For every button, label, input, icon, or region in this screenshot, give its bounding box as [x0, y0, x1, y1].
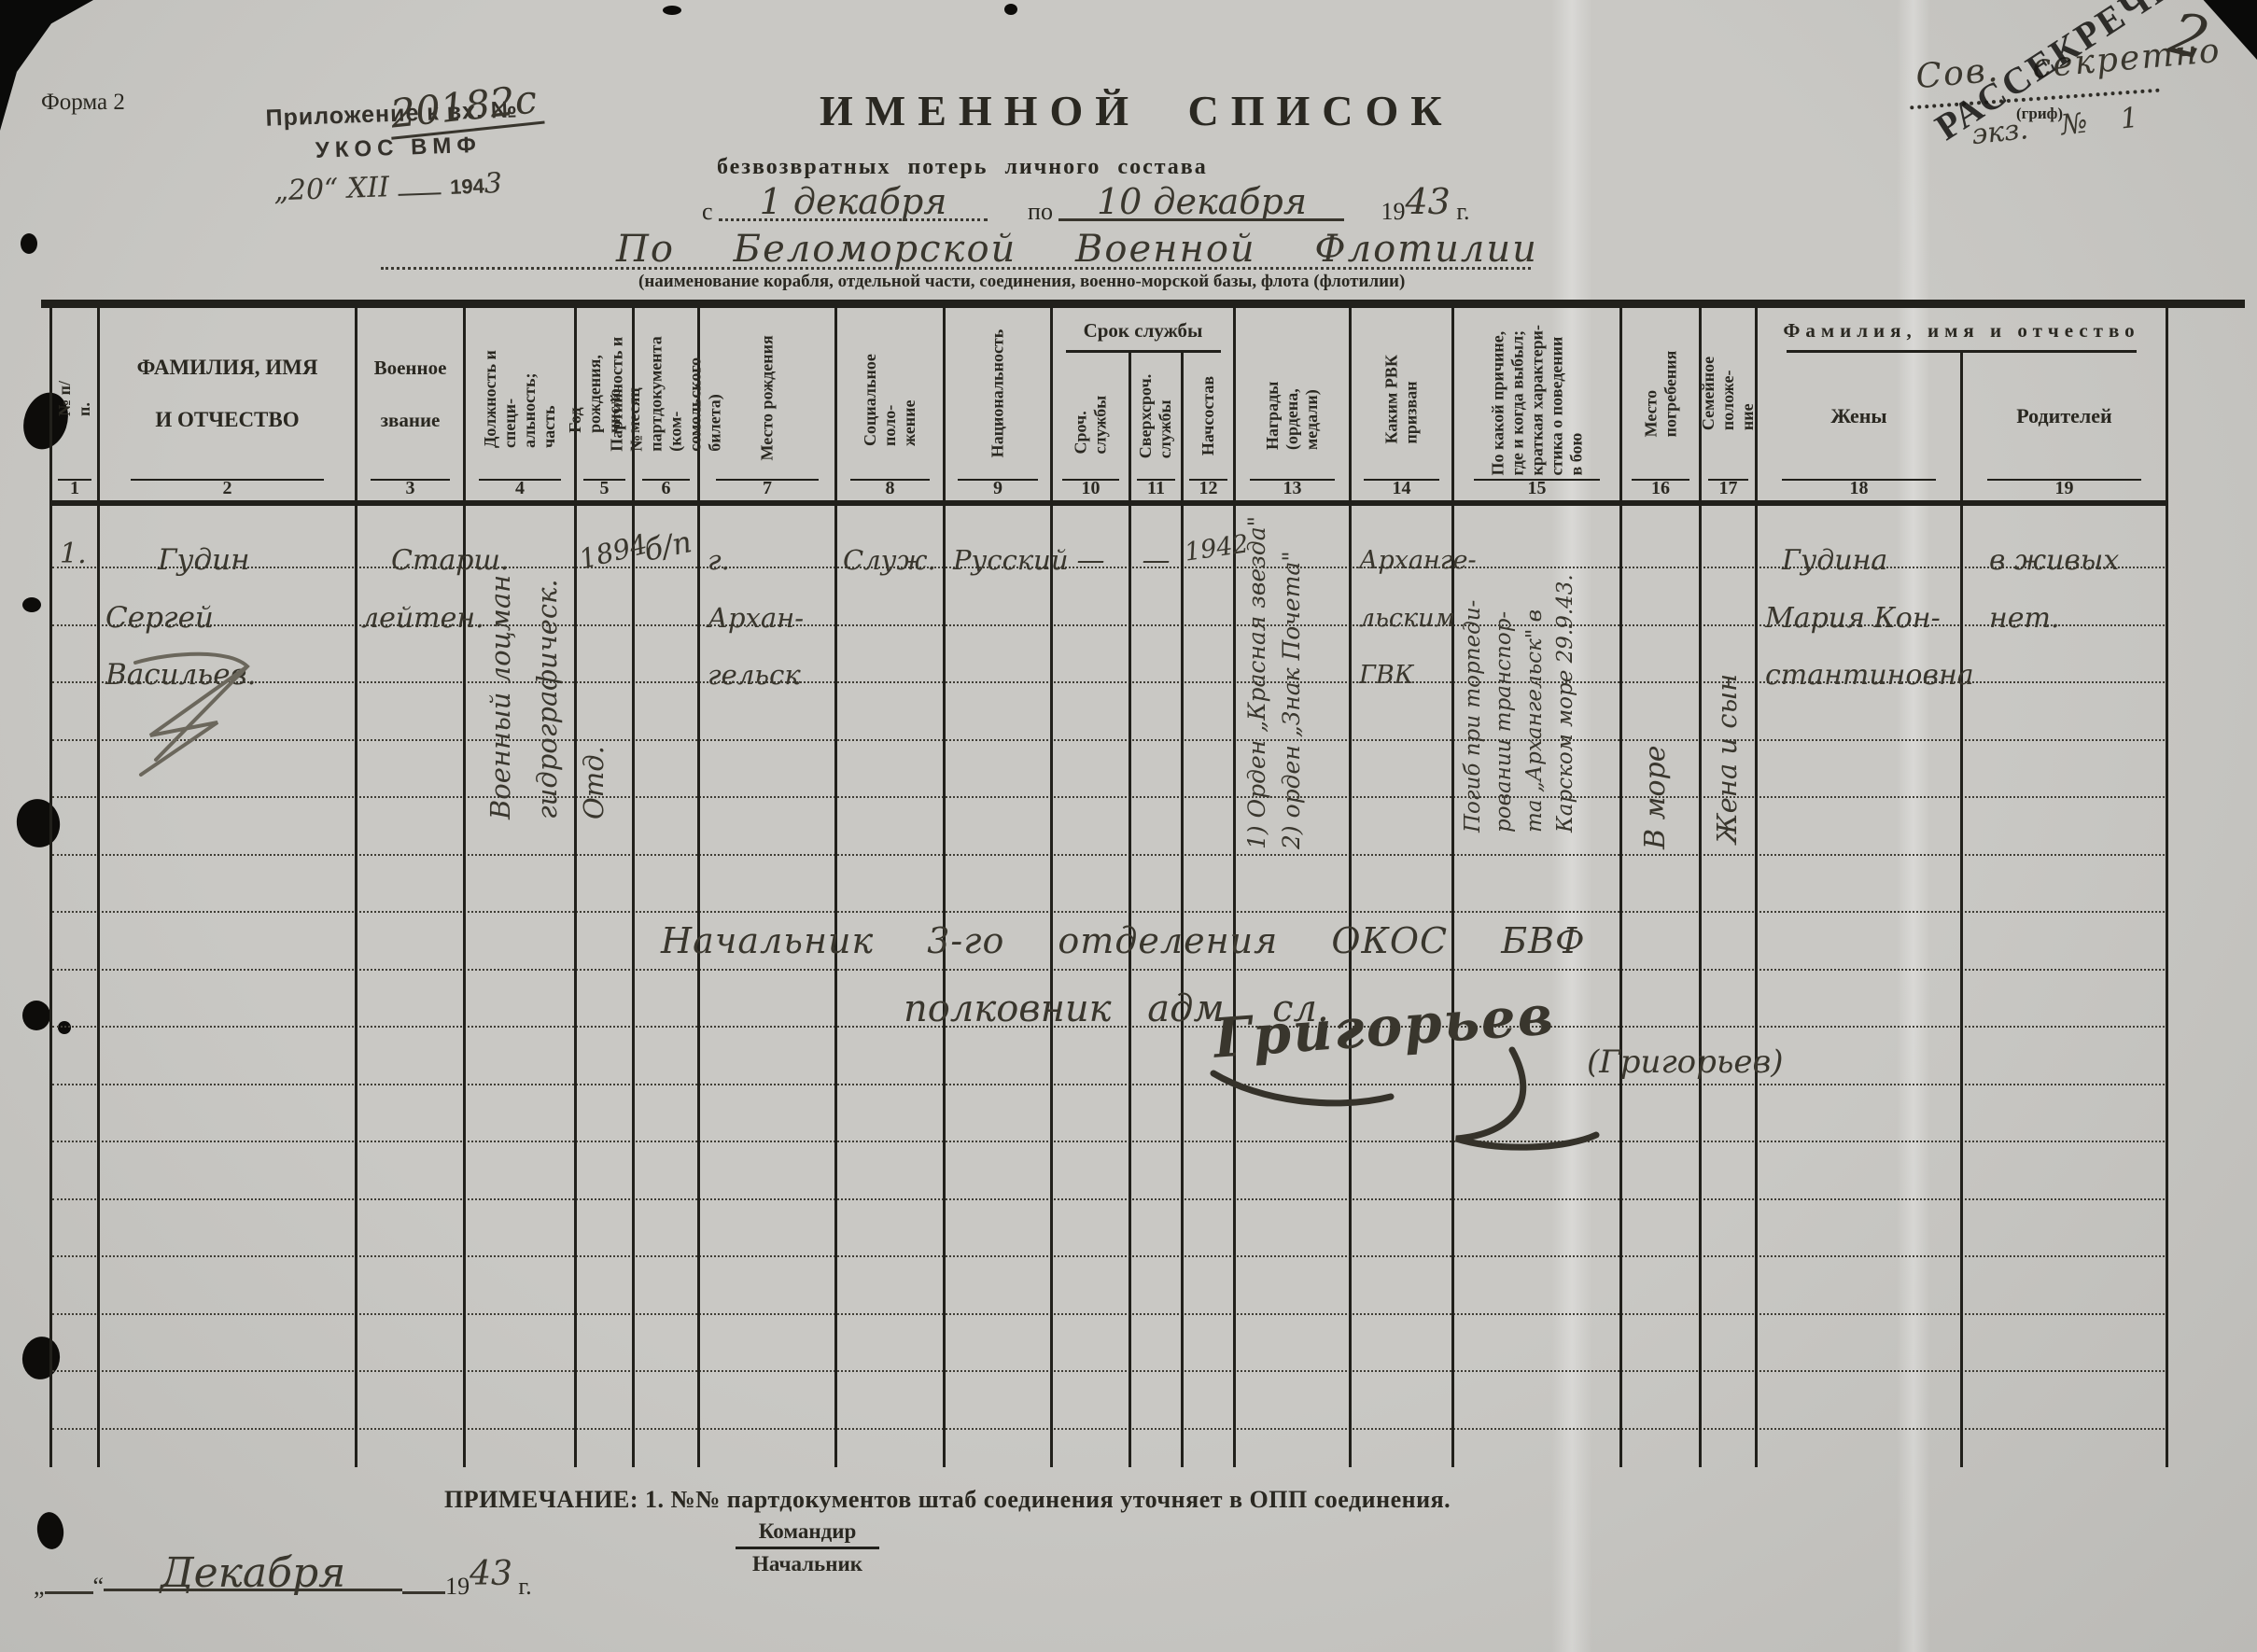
period-year-hand: 43	[1405, 181, 1450, 222]
document-subtitle: безвозвратных потерь личного состава	[717, 155, 1208, 180]
cell-nachsostav: 1942	[1184, 506, 1236, 1467]
label-divider	[736, 1547, 879, 1549]
col-number: 16	[1622, 479, 1702, 506]
col-number: 6	[635, 479, 700, 506]
col-header-nationality: Национальность	[946, 308, 1053, 479]
col-header-wife: Жены	[1758, 353, 1963, 479]
table-top-rule	[41, 300, 49, 308]
col-number: 15	[1454, 479, 1622, 506]
col-header-parents: Родителей	[1963, 353, 2168, 479]
cell-rvk: Арханге- льским ГВК	[1352, 506, 1454, 1467]
date-year-suffix: г.	[518, 1573, 531, 1600]
period-year-suffix: г.	[1456, 198, 1469, 225]
col-header-num: № п/п.	[52, 308, 100, 479]
chief-label: Начальник	[728, 1552, 887, 1576]
col-number: 17	[1702, 479, 1758, 506]
stamp-day: „20“	[273, 173, 339, 207]
col-header-awards: Награды (ордена, медали)	[1236, 308, 1352, 479]
signature-flourish	[1204, 1045, 1605, 1176]
col-number: 19	[1963, 479, 2168, 506]
group-header-service-term: Срок службы	[1053, 308, 1236, 353]
cell-birth-year: 1894	[577, 506, 635, 1467]
punch-hole-blob	[22, 1001, 50, 1030]
stamp-number-handwritten: 20182с	[386, 76, 545, 140]
punch-hole-blob	[35, 1510, 65, 1551]
casualty-table: № п/п. ФАМИЛИЯ, ИМЯ И ОТЧЕСТВО Военное з…	[49, 300, 2168, 1467]
col-header-position: Должность и специ- альность; часть	[466, 308, 577, 479]
cell-sverhsroch: —	[1131, 506, 1184, 1467]
unit-caption: (наименование корабля, отдельной части, …	[638, 272, 1405, 292]
cell-wife: Гудина Мария Кон- стантиновна	[1758, 506, 1963, 1467]
date-open-quote: „	[34, 1573, 45, 1600]
period-from-value: 1 декабря	[760, 181, 947, 222]
date-month-handwritten: Декабря	[161, 1549, 345, 1597]
col-number: 9	[946, 479, 1053, 506]
cell-awards: 1) Орден „Красная звезда" 2) орден „Знак…	[1236, 506, 1352, 1467]
period-from-label: с	[702, 198, 713, 225]
signature-name-clarification: (Григорьев)	[1587, 1043, 1784, 1081]
period-to-label: по	[1028, 198, 1053, 225]
scanned-document-page: Форма 2 Приложение к вх. № 20182с УКОС В…	[0, 0, 2257, 1652]
col-number: 13	[1236, 479, 1352, 506]
col-number: 12	[1184, 479, 1236, 506]
col-number: 1	[52, 479, 100, 506]
col-number: 10	[1053, 479, 1131, 506]
stamp-year-hand: 3	[484, 167, 502, 201]
punch-hole-blob	[21, 233, 37, 254]
signature-line1: Начальник 3-го отделения ОКОС БВФ	[661, 920, 1586, 961]
unit-name-handwritten: По Беломорской Военной Флотилии	[616, 228, 1538, 271]
col-header-rvk: Каким РВК призван	[1352, 308, 1454, 479]
cell-party: б/п	[635, 506, 700, 1467]
col-number: 3	[357, 479, 466, 506]
date-year-handwritten: 43	[470, 1555, 512, 1593]
stamp-year-printed: 194	[450, 175, 485, 199]
col-header-nachsostav: Начсостав	[1184, 353, 1236, 479]
period-to-value: 10 декабря	[1097, 181, 1307, 222]
footer-date-line: „“Декабря1943 г.	[34, 1557, 532, 1603]
document-title: ИМЕННОЙ СПИСОК	[820, 86, 1454, 135]
period-from-underline: 1 декабря	[719, 187, 988, 221]
col-header-rank: Военное звание	[357, 308, 466, 479]
col-header-party: Партийность и № партдокумента (ком- сомо…	[635, 308, 700, 479]
col-header-sverhsroch: Сверхсроч. службы	[1131, 353, 1184, 479]
col-header-srok: Сроч. службы	[1053, 353, 1131, 479]
col-header-social: Социальное поло- жение	[837, 308, 946, 479]
cell-social: Служ.	[837, 506, 946, 1467]
col-header-cause: По какой причине, где и когда выбыл; кра…	[1454, 308, 1622, 479]
unit-underline	[381, 267, 1531, 270]
col-number: 11	[1131, 479, 1184, 506]
cell-nationality: Русский	[946, 506, 1053, 1467]
col-number: 18	[1758, 479, 1963, 506]
group-header-relatives: Фамилия, имя и отчество	[1758, 308, 2168, 353]
cell-parents: в живых нет.	[1963, 506, 2168, 1467]
stamp-date-line	[399, 192, 442, 196]
col-number: 4	[466, 479, 577, 506]
stamp-month: XII	[346, 171, 389, 205]
col-number: 2	[100, 479, 357, 506]
commander-chief-label: Командир Начальник	[728, 1519, 887, 1576]
scan-speck	[663, 6, 681, 15]
col-header-burial: Место погребения	[1622, 308, 1702, 479]
receipt-stamp: Приложение к вх. № 20182с УКОС ВМФ „20“ …	[265, 96, 521, 207]
date-year-printed: 19	[445, 1573, 470, 1600]
col-header-family: Семейное положе- ние	[1702, 308, 1758, 479]
scan-speck	[1004, 4, 1017, 15]
col-number: 5	[577, 479, 635, 506]
period-to-underline: 10 декабря	[1058, 187, 1344, 221]
cell-family: Жена и сын	[1702, 506, 1758, 1467]
pencil-scribble-mark	[128, 646, 259, 777]
table-top-rule	[2168, 300, 2245, 308]
cell-row-number: 1.	[52, 506, 100, 1467]
period-year-printed: 19	[1381, 198, 1405, 225]
cell-rank: Старш. лейтен.	[357, 506, 466, 1467]
col-number: 7	[700, 479, 837, 506]
cell-srok: —	[1053, 506, 1131, 1467]
form-number-label: Форма 2	[41, 90, 125, 116]
date-close-quote: “	[93, 1573, 105, 1600]
punch-hole-blob	[22, 597, 41, 612]
cell-birthplace: г. Архан- гельск	[700, 506, 837, 1467]
footnote: ПРИМЕЧАНИЕ: 1. №№ партдокументов штаб со…	[444, 1486, 1451, 1514]
commander-label: Командир	[728, 1519, 887, 1544]
col-number: 8	[837, 479, 946, 506]
stamp-date: „20“ XII 1943	[273, 166, 521, 207]
period-line: с 1 декабря по 10 декабря 1943 г.	[702, 187, 1470, 228]
col-number: 14	[1352, 479, 1454, 506]
cell-position: Военный лоцман гидрографическ. Отд.	[466, 506, 577, 1467]
cell-name: Гудин Сергей Васильев.	[100, 506, 357, 1467]
col-header-name: ФАМИЛИЯ, ИМЯ И ОТЧЕСТВО	[100, 308, 357, 479]
cell-burial: В море	[1622, 506, 1702, 1467]
